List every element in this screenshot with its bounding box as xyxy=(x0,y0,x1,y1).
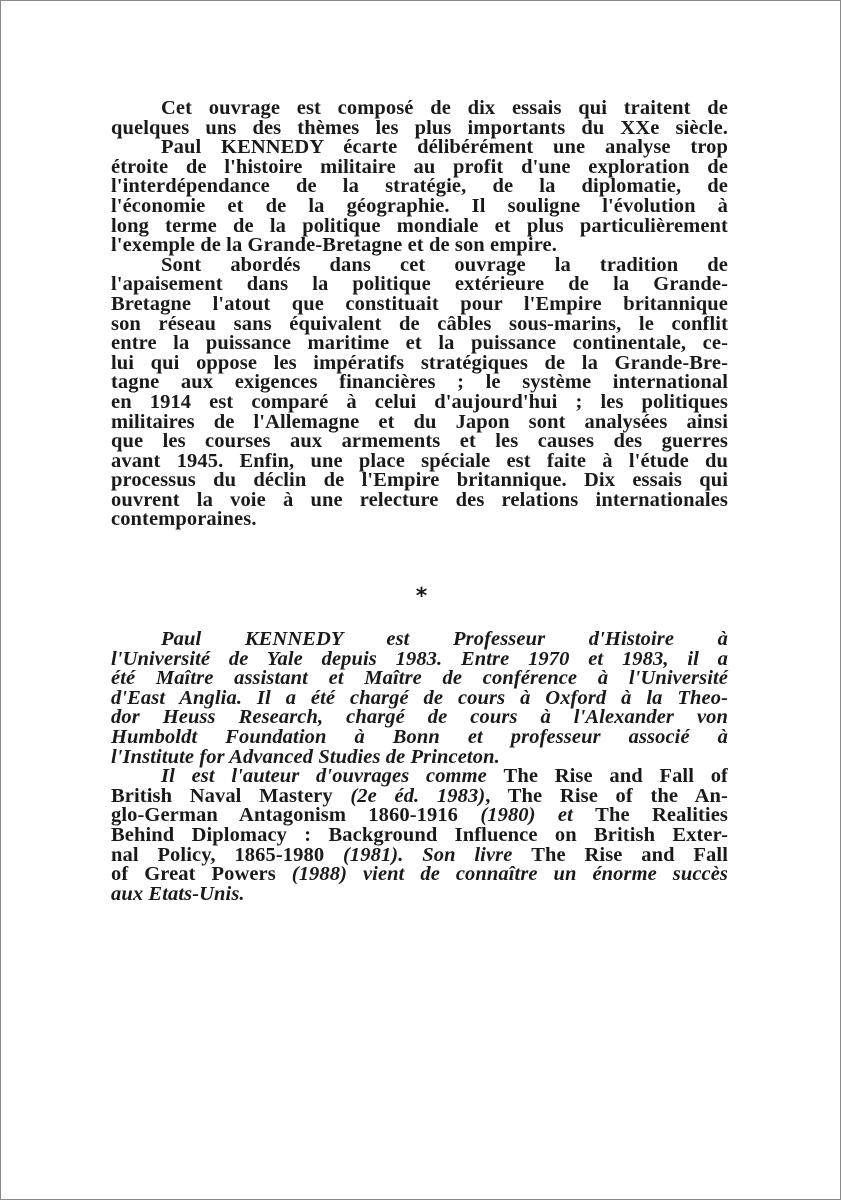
author-biography: Paul KENNEDY est Professeur d'Histoire à… xyxy=(111,630,728,904)
text-line: aux Etats-Unis. xyxy=(111,885,728,905)
text-line: contemporaines. xyxy=(111,510,728,530)
book-summary: Cet ouvrage est composé de dix essais qu… xyxy=(111,99,728,530)
document-page: Cet ouvrage est composé de dix essais qu… xyxy=(0,0,841,1200)
section-separator-asterisk: * xyxy=(1,584,841,609)
